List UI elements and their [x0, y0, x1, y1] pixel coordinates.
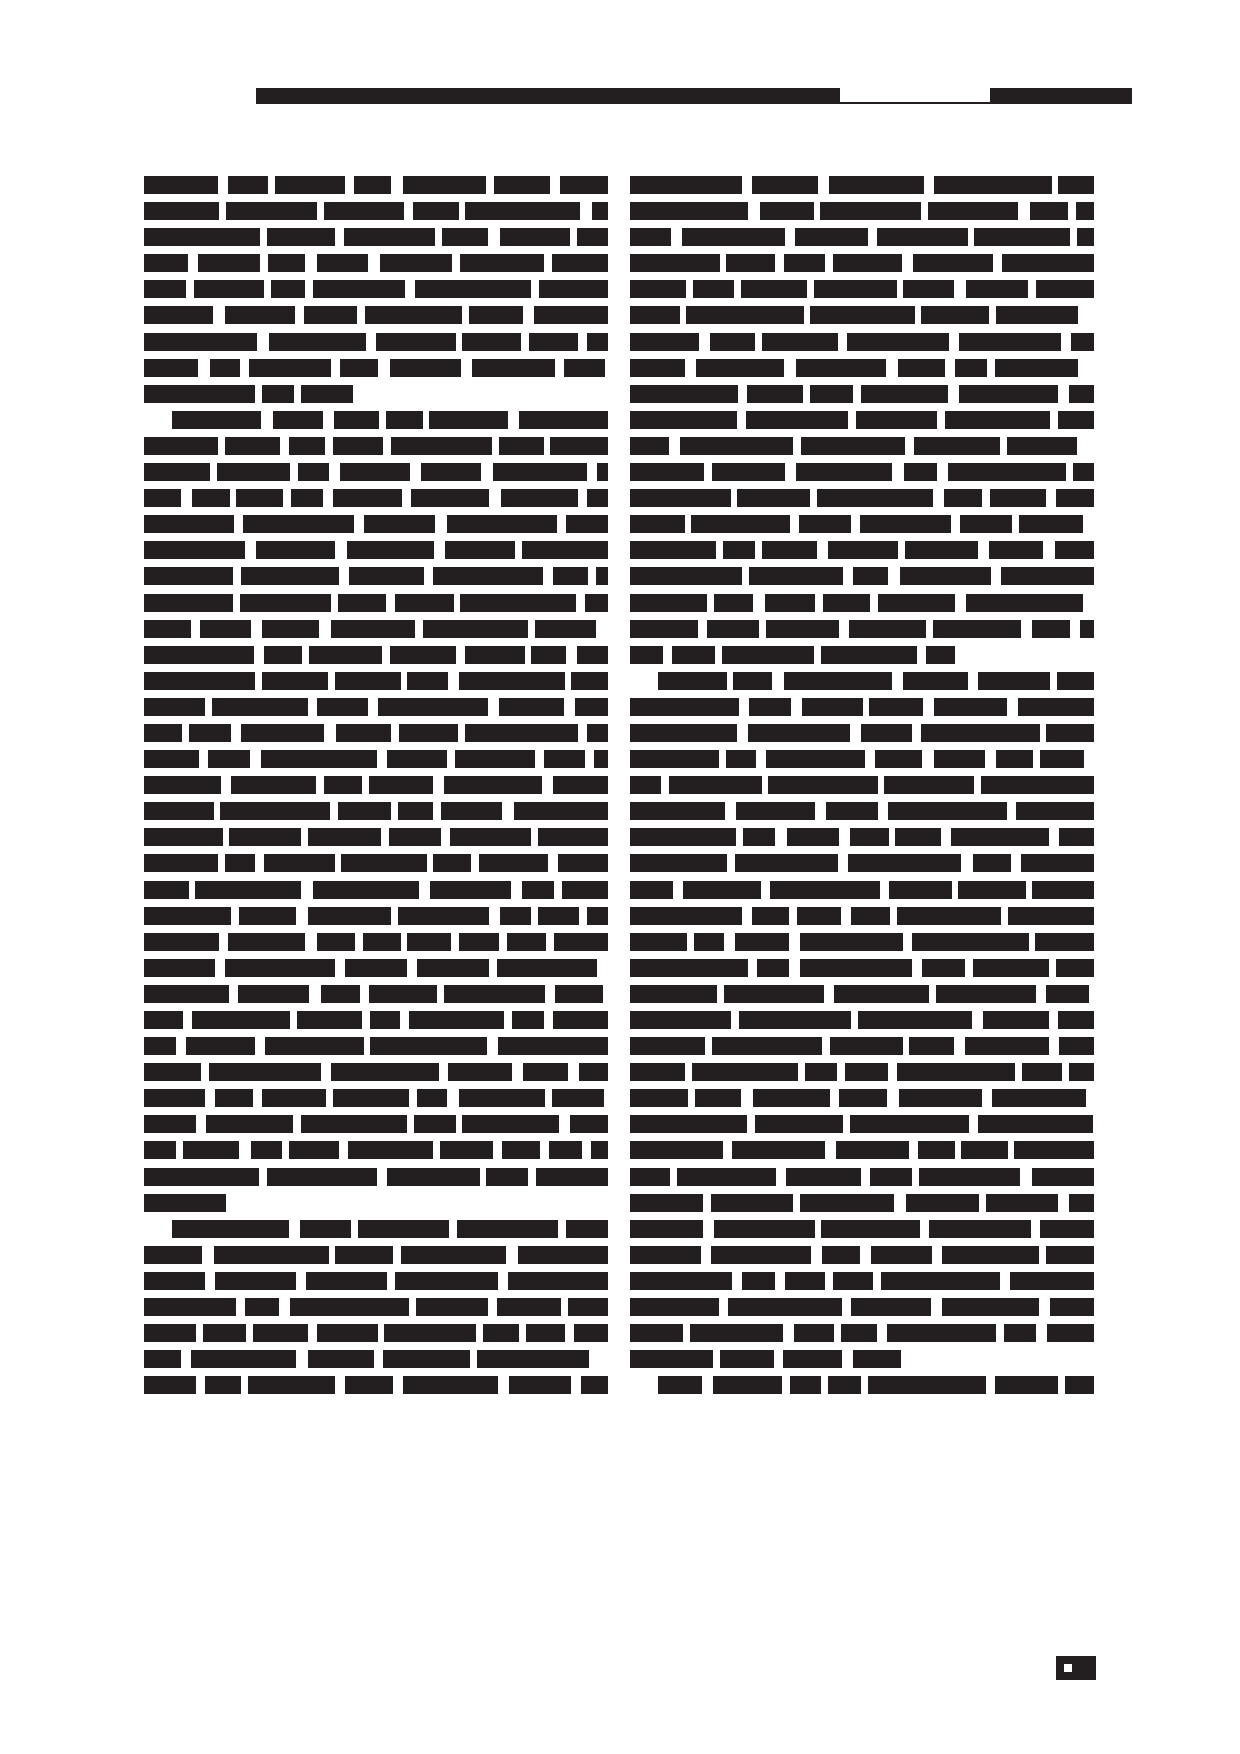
redacted-word — [898, 359, 945, 377]
redacted-word — [945, 411, 1051, 429]
redacted-word — [465, 202, 580, 220]
redacted-word — [415, 280, 531, 298]
redacted-word — [784, 254, 825, 272]
redacted-word — [535, 620, 596, 638]
redacted-word — [512, 1011, 545, 1029]
redacted-word — [630, 750, 719, 768]
redacted-word — [144, 1376, 196, 1394]
redacted-word — [658, 672, 727, 690]
redacted-word — [677, 1168, 776, 1186]
redacted-text-line — [630, 724, 1094, 742]
redacted-word — [324, 202, 404, 220]
redacted-word — [630, 463, 704, 481]
redacted-word — [345, 1376, 392, 1394]
redacted-text-line — [144, 594, 608, 612]
redacted-word — [735, 933, 790, 951]
redacted-word — [205, 1376, 241, 1394]
redacted-text-line — [144, 1350, 608, 1368]
redacted-word — [900, 567, 991, 585]
redacted-word — [354, 176, 391, 194]
redacted-word — [144, 1011, 183, 1029]
redacted-word — [301, 1115, 407, 1133]
redacted-word — [693, 280, 734, 298]
redacted-text-line — [630, 1272, 1094, 1290]
redacted-word — [594, 750, 608, 768]
redacted-word — [144, 254, 188, 272]
redacted-word — [460, 594, 576, 612]
redacted-word — [851, 1298, 931, 1316]
redacted-word — [267, 1168, 376, 1186]
redacted-word — [1030, 202, 1069, 220]
redacted-word — [1018, 698, 1094, 716]
redacted-word — [926, 646, 955, 664]
redacted-word — [1080, 620, 1094, 638]
redacted-word — [974, 228, 1070, 246]
redacted-word — [144, 1089, 205, 1107]
redacted-word — [630, 620, 698, 638]
redacted-word — [682, 228, 785, 246]
redacted-word — [499, 698, 563, 716]
redacted-word — [144, 724, 182, 742]
redacted-word — [861, 724, 912, 742]
redacted-word — [144, 1246, 202, 1264]
redacted-word — [369, 985, 437, 1003]
redacted-word — [585, 594, 608, 612]
redacted-word — [383, 1350, 470, 1368]
redacted-text-line — [630, 306, 1094, 324]
redacted-word — [752, 176, 818, 194]
redacted-text-line — [144, 672, 608, 690]
redacted-word — [833, 1272, 874, 1290]
redacted-word — [267, 228, 335, 246]
redacted-text-line — [144, 541, 608, 559]
redacted-word — [942, 1298, 1038, 1316]
redacted-word — [144, 489, 181, 507]
redacted-word — [144, 750, 199, 768]
redacted-word — [348, 1141, 433, 1159]
redacted-word — [144, 620, 191, 638]
redacted-word — [870, 1168, 912, 1186]
redacted-word — [497, 959, 597, 977]
redacted-word — [587, 724, 608, 742]
redacted-word — [363, 933, 400, 951]
redacted-word — [630, 1089, 688, 1107]
redacted-word — [630, 437, 669, 455]
redacted-word — [944, 489, 983, 507]
redacted-text-line — [630, 672, 1094, 690]
redacted-word — [469, 306, 523, 324]
redacted-word — [630, 828, 736, 846]
redacted-word — [630, 881, 673, 899]
redacted-text-line — [144, 1376, 608, 1394]
redacted-word — [509, 1376, 571, 1394]
redacted-word — [384, 1324, 476, 1342]
redacted-word — [921, 724, 1040, 742]
redacted-text-line — [144, 1115, 608, 1133]
redacted-word — [414, 1115, 456, 1133]
page-number-glyph — [1064, 1664, 1072, 1672]
redacted-text-line — [630, 1037, 1094, 1055]
redacted-word — [630, 333, 699, 351]
redacted-word — [486, 1168, 528, 1186]
redacted-word — [403, 176, 486, 194]
redacted-word — [884, 776, 974, 794]
redacted-text-line — [630, 463, 1094, 481]
redacted-text-line — [630, 1011, 1094, 1029]
redacted-word — [978, 1115, 1093, 1133]
redacted-word — [934, 750, 985, 768]
redacted-word — [479, 854, 548, 872]
redacted-word — [726, 254, 774, 272]
redacted-word — [416, 1298, 488, 1316]
redacted-word — [403, 1376, 497, 1394]
redacted-text-line — [144, 1063, 608, 1081]
redacted-word — [144, 985, 229, 1003]
redacted-word — [973, 854, 1011, 872]
redacted-word — [810, 385, 853, 403]
redacted-word — [228, 176, 268, 194]
redacted-word — [191, 1350, 297, 1368]
redacted-word — [333, 437, 384, 455]
redacted-word — [253, 1324, 308, 1342]
redacted-word — [918, 1141, 955, 1159]
redacted-word — [690, 1324, 783, 1342]
redacted-word — [447, 515, 557, 533]
redacted-word — [691, 515, 790, 533]
redacted-word — [195, 881, 301, 899]
redacted-word — [933, 620, 1021, 638]
redacted-word — [851, 907, 891, 925]
redacted-word — [936, 985, 1036, 1003]
redacted-word — [522, 881, 554, 899]
redacted-text-line — [144, 985, 608, 1003]
redacted-word — [144, 333, 257, 351]
redacted-word — [755, 1115, 843, 1133]
redacted-word — [564, 359, 605, 377]
redacted-word — [726, 750, 756, 768]
redacted-word — [995, 1376, 1058, 1394]
redacted-word — [229, 828, 301, 846]
redacted-text-line — [144, 828, 608, 846]
redacted-word — [1019, 515, 1082, 533]
redacted-word — [172, 411, 261, 429]
redacted-word — [577, 228, 608, 246]
redacted-word — [1069, 385, 1094, 403]
redacted-word — [713, 1376, 782, 1394]
redacted-word — [376, 333, 456, 351]
redacted-word — [395, 594, 453, 612]
redacted-text-line — [630, 541, 1094, 559]
redacted-word — [144, 228, 260, 246]
redacted-word — [1001, 567, 1094, 585]
redacted-word — [983, 1011, 1049, 1029]
redacted-word — [522, 541, 608, 559]
redacted-word — [735, 854, 838, 872]
redacted-text-line — [630, 802, 1094, 820]
redacted-word — [444, 985, 544, 1003]
redacted-word — [845, 1063, 888, 1081]
redacted-word — [762, 541, 816, 559]
redacted-word — [144, 1298, 236, 1316]
redacted-word — [942, 1246, 1039, 1264]
redacted-word — [317, 933, 355, 951]
redacted-word — [868, 1376, 986, 1394]
redacted-word — [722, 646, 814, 664]
redacted-word — [714, 1220, 815, 1238]
redacted-word — [144, 306, 213, 324]
redacted-word — [539, 280, 608, 298]
redacted-word — [1016, 802, 1094, 820]
redacted-word — [577, 646, 608, 664]
redacted-text-line — [144, 1037, 608, 1055]
redacted-word — [723, 541, 755, 559]
redacted-word — [881, 1272, 1000, 1290]
redacted-word — [712, 463, 784, 481]
redacted-word — [768, 776, 878, 794]
redacted-word — [630, 1350, 713, 1368]
redacted-word — [209, 1063, 321, 1081]
redacted-word — [802, 698, 863, 716]
redacted-word — [833, 254, 902, 272]
redacted-word — [630, 1063, 685, 1081]
redacted-word — [208, 750, 250, 768]
redacted-word — [739, 1011, 851, 1029]
redacted-word — [728, 1298, 841, 1316]
redacted-word — [630, 489, 731, 507]
redacted-text-line — [630, 698, 1094, 716]
redacted-word — [1069, 1063, 1094, 1081]
redacted-word — [630, 698, 739, 716]
redacted-word — [275, 176, 345, 194]
redacted-word — [324, 776, 362, 794]
redacted-word — [243, 515, 355, 533]
redacted-word — [433, 567, 542, 585]
redacted-text-line — [630, 385, 1094, 403]
redacted-word — [341, 854, 427, 872]
redacted-word — [973, 959, 1049, 977]
redacted-word — [830, 1037, 903, 1055]
redacted-word — [596, 567, 608, 585]
redacted-text-line — [630, 750, 1094, 768]
redacted-word — [317, 698, 368, 716]
redacted-word — [144, 1324, 196, 1342]
redacted-text-line — [144, 907, 608, 925]
redacted-text-line — [630, 411, 1094, 429]
redacted-word — [514, 802, 608, 820]
redacted-word — [996, 750, 1032, 768]
redacted-word — [331, 1063, 439, 1081]
redacted-word — [498, 1037, 608, 1055]
redacted-word — [887, 1324, 996, 1342]
redacted-word — [630, 541, 716, 559]
redacted-text-line — [144, 620, 608, 638]
redacted-word — [834, 985, 930, 1003]
redacted-text-line — [630, 985, 1094, 1003]
redacted-word — [395, 1272, 498, 1290]
redacted-word — [536, 1168, 608, 1186]
redacted-word — [630, 280, 686, 298]
redacted-word — [317, 254, 368, 272]
redacted-word — [630, 1194, 703, 1212]
redacted-word — [630, 854, 727, 872]
redacted-word — [560, 176, 608, 194]
redacted-word — [214, 1246, 329, 1264]
redacted-word — [494, 176, 550, 194]
redacted-word — [732, 1141, 825, 1159]
redacted-word — [144, 672, 255, 690]
redacted-text-line — [144, 1011, 608, 1029]
redacted-word — [630, 176, 742, 194]
redacted-word — [399, 724, 458, 742]
redacted-word — [273, 411, 324, 429]
redacted-word — [733, 672, 772, 690]
redacted-word — [248, 1376, 335, 1394]
redacted-text-line — [630, 854, 1094, 872]
redacted-word — [989, 541, 1044, 559]
redacted-word — [871, 1246, 933, 1264]
redacted-word — [144, 280, 186, 298]
redacted-word — [347, 541, 434, 559]
redacted-word — [587, 489, 608, 507]
redacted-word — [858, 1011, 972, 1029]
redacted-word — [508, 1272, 608, 1290]
redacted-word — [986, 1194, 1058, 1212]
redacted-word — [1059, 1037, 1094, 1055]
redacted-text-line — [144, 333, 608, 351]
redacted-word — [462, 1115, 559, 1133]
redacted-word — [848, 854, 961, 872]
redacted-word — [321, 985, 361, 1003]
redacted-word — [499, 437, 544, 455]
redacted-word — [747, 385, 803, 403]
redacted-word — [839, 1089, 887, 1107]
redacted-word — [959, 333, 1061, 351]
redacted-word — [1077, 228, 1094, 246]
redacted-word — [853, 567, 888, 585]
redacted-word — [630, 306, 680, 324]
redacted-word — [995, 359, 1077, 377]
redacted-word — [450, 828, 531, 846]
redacted-word — [630, 646, 663, 664]
text-column-left — [144, 176, 608, 1402]
redacted-text-line — [630, 1324, 1094, 1342]
redacted-word — [217, 463, 290, 481]
redacted-word — [144, 854, 218, 872]
redacted-word — [841, 1324, 877, 1342]
redacted-word — [575, 698, 608, 716]
redacted-word — [856, 411, 937, 429]
redacted-word — [752, 907, 788, 925]
redacted-word — [465, 646, 525, 664]
redacted-word — [271, 280, 305, 298]
redacted-text-line — [144, 254, 608, 272]
redacted-text-line — [144, 385, 608, 403]
redacted-word — [1021, 854, 1094, 872]
redacted-word — [850, 828, 889, 846]
redacted-word — [787, 828, 839, 846]
redacted-word — [921, 306, 989, 324]
redacted-word — [836, 1141, 909, 1159]
redacted-word — [794, 1324, 834, 1342]
redacted-word — [472, 359, 555, 377]
redacted-word — [955, 359, 987, 377]
header-rule — [840, 102, 990, 104]
redacted-word — [297, 1011, 363, 1029]
redacted-word — [144, 959, 215, 977]
redacted-text-line — [144, 463, 608, 481]
redacted-text-line — [630, 176, 1094, 194]
redacted-word — [465, 724, 578, 742]
redacted-word — [736, 802, 814, 820]
redacted-word — [714, 594, 753, 612]
redacted-text-line — [144, 1141, 608, 1159]
redacted-word — [212, 698, 308, 716]
redacted-word — [529, 333, 578, 351]
redacted-word — [308, 1350, 374, 1368]
redacted-word — [817, 489, 933, 507]
redacted-word — [909, 1037, 954, 1055]
redacted-word — [680, 437, 793, 455]
redacted-word — [905, 541, 978, 559]
redacted-word — [658, 1376, 702, 1394]
redacted-word — [215, 1272, 295, 1290]
redacted-word — [568, 1298, 608, 1316]
redacted-word — [413, 202, 459, 220]
redacted-word — [753, 1089, 830, 1107]
redacted-word — [630, 776, 661, 794]
redacted-word — [144, 437, 218, 455]
redacted-word — [762, 333, 838, 351]
redacted-text-line — [630, 907, 1094, 925]
redacted-word — [261, 750, 378, 768]
redacted-word — [630, 724, 737, 742]
redacted-word — [290, 1298, 409, 1316]
redacted-word — [805, 1063, 837, 1081]
redacted-word — [906, 1194, 980, 1212]
redacted-word — [358, 1220, 449, 1238]
redacted-text-line — [144, 359, 608, 377]
redacted-text-line — [630, 1376, 1094, 1394]
redacted-word — [264, 646, 302, 664]
redacted-word — [144, 907, 231, 925]
redacted-word — [847, 333, 949, 351]
redacted-word — [1055, 541, 1094, 559]
redacted-word — [460, 254, 544, 272]
redacted-word — [1071, 333, 1094, 351]
redacted-word — [630, 907, 742, 925]
redacted-word — [387, 750, 447, 768]
redacted-text-line — [630, 1115, 1094, 1133]
redacted-word — [554, 933, 608, 951]
redacted-word — [550, 437, 608, 455]
redacted-word — [553, 567, 588, 585]
redacted-word — [378, 698, 488, 716]
redacted-word — [1065, 1376, 1094, 1394]
redacted-word — [144, 359, 198, 377]
redacted-text-line — [630, 1089, 1094, 1107]
redacted-text-line — [630, 489, 1094, 507]
redacted-word — [630, 1220, 703, 1238]
redacted-word — [370, 1037, 487, 1055]
redacted-word — [1032, 881, 1094, 899]
redacted-word — [483, 1324, 519, 1342]
redacted-word — [1058, 176, 1094, 194]
redacted-word — [444, 776, 542, 794]
redacted-word — [1004, 1324, 1036, 1342]
redacted-word — [694, 933, 725, 951]
redacted-word — [1040, 750, 1084, 768]
redacted-word — [796, 463, 892, 481]
